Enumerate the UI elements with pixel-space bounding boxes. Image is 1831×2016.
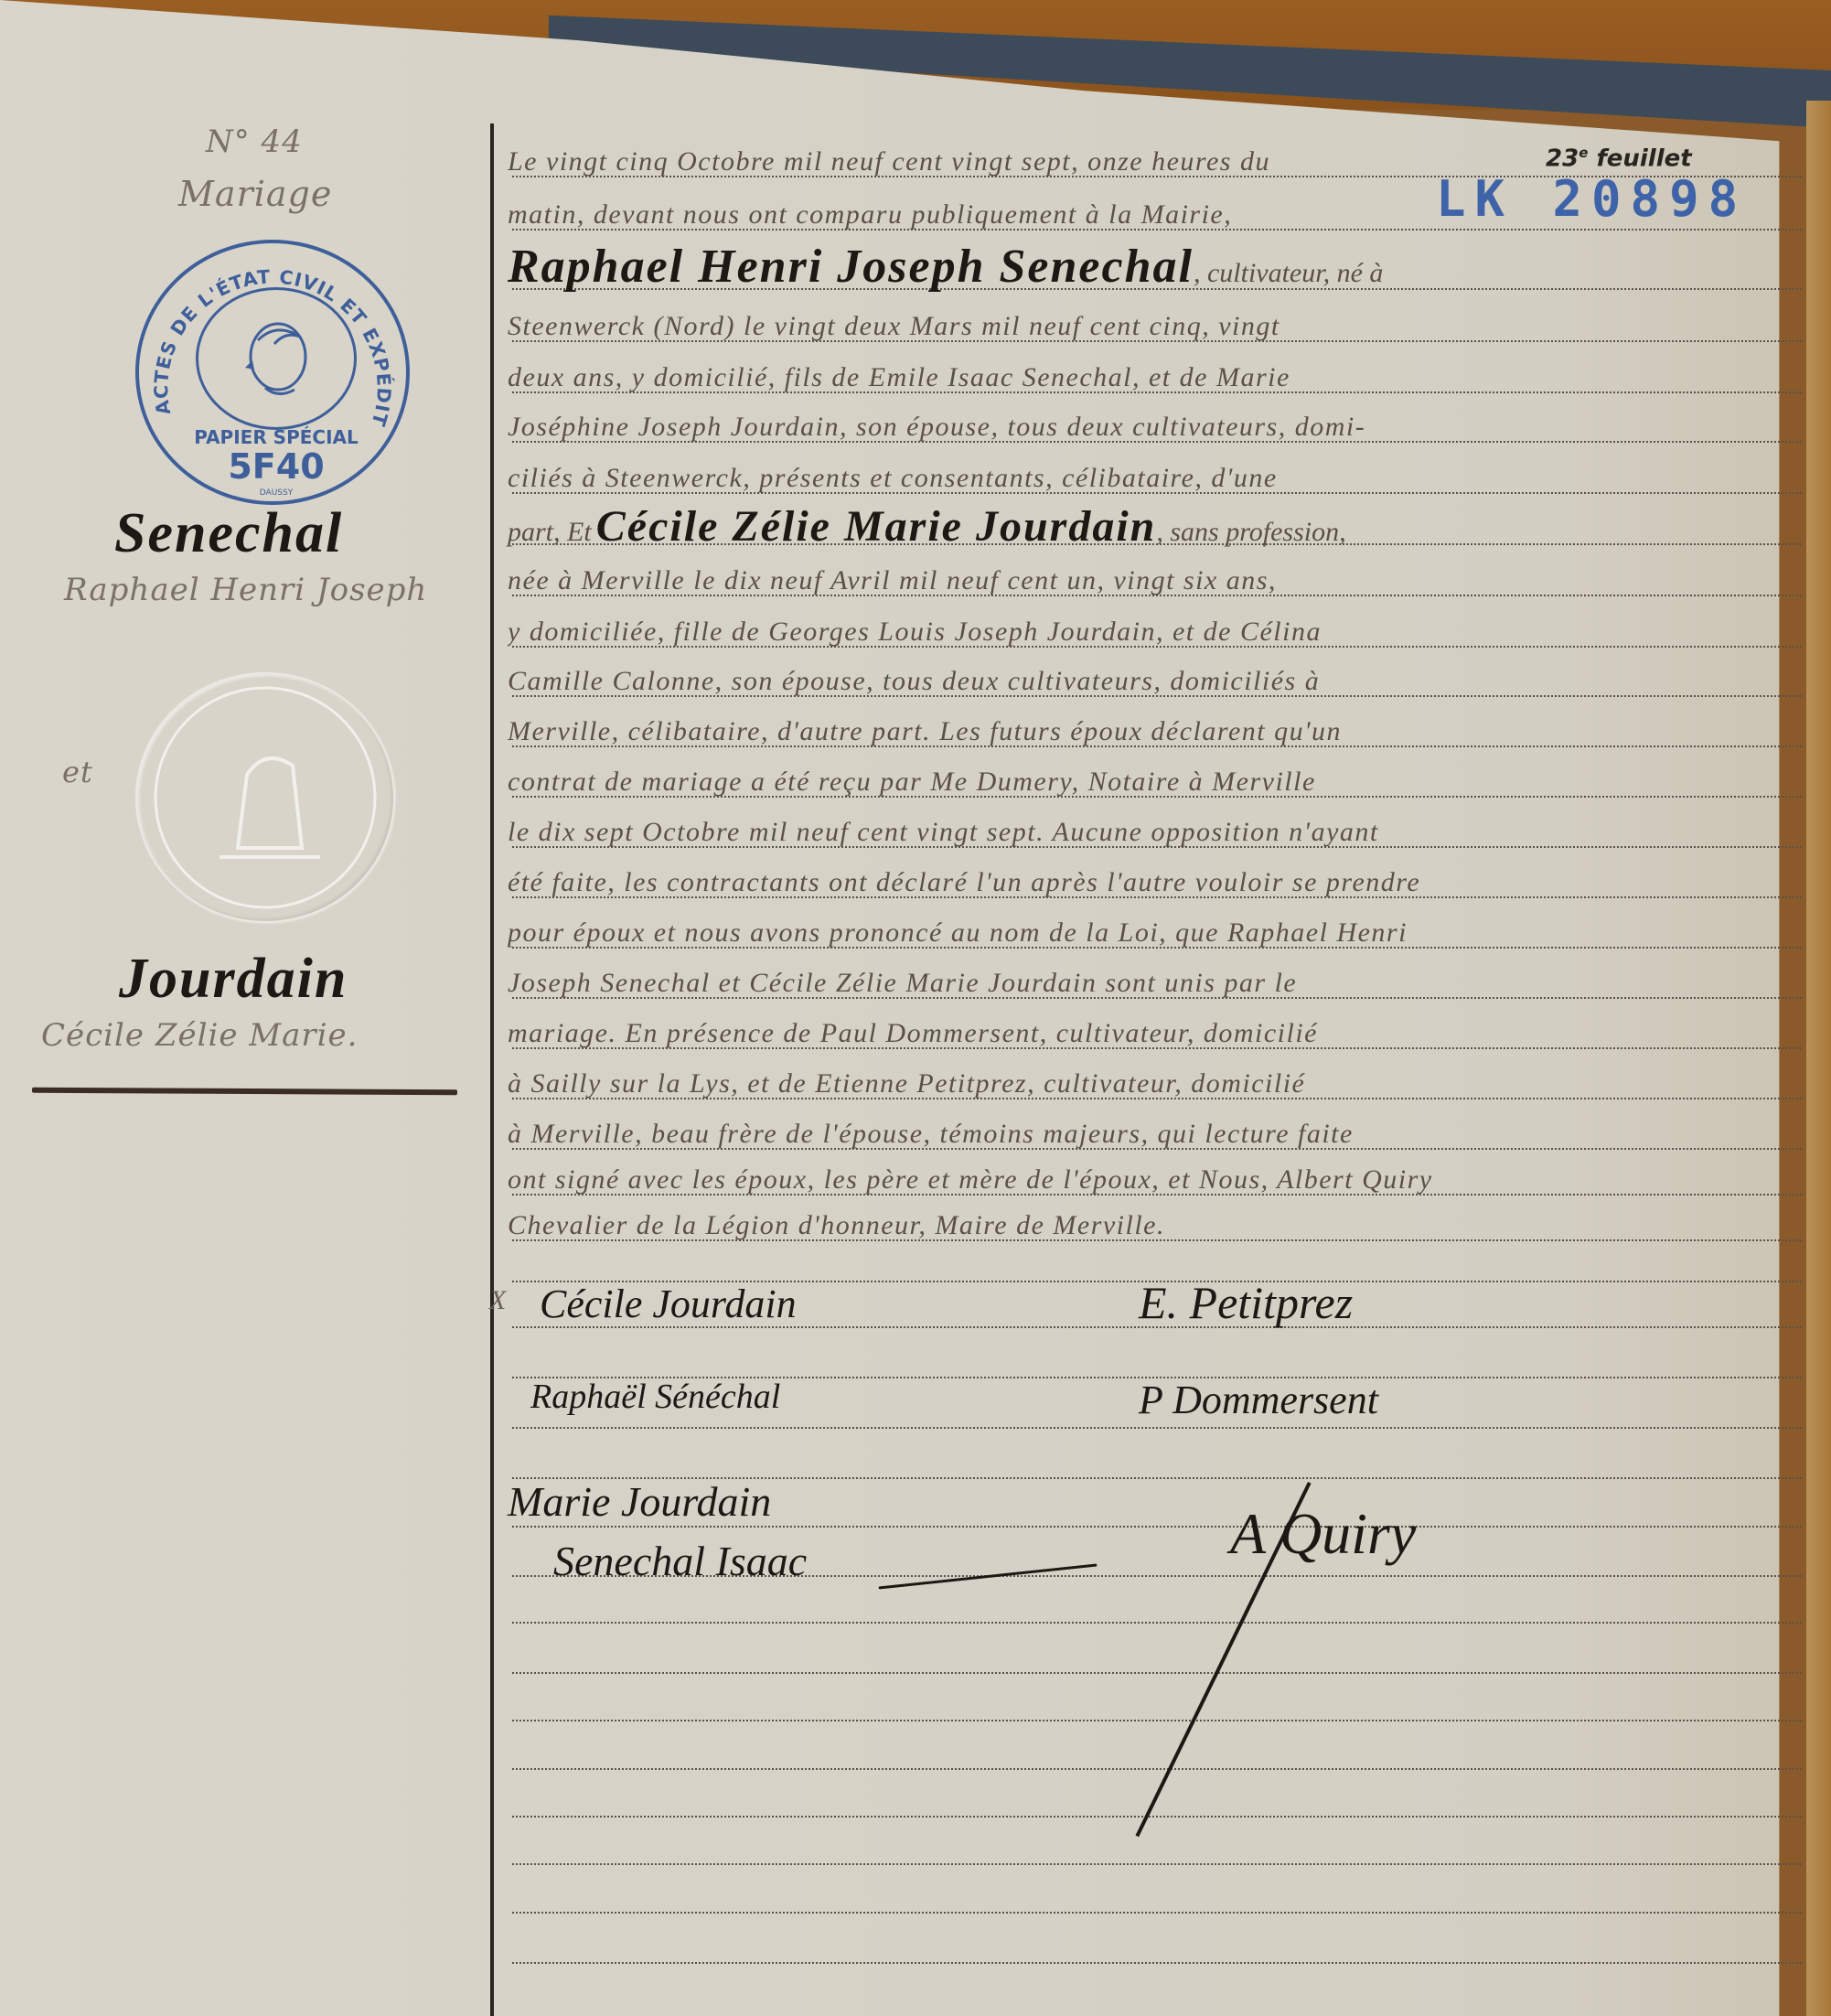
ruled-line <box>512 1427 1802 1429</box>
bride-occupation: , sans profession, <box>1156 517 1345 547</box>
signature-bride: Cécile Jourdain <box>540 1281 797 1327</box>
margin-conjunction: et <box>62 755 93 789</box>
margin-divider-line <box>490 123 494 2016</box>
ruled-line <box>512 1816 1802 1818</box>
page-edge-stack <box>1806 101 1831 2016</box>
stamp-paper-label: PAPIER SPÉCIAL <box>194 426 359 448</box>
signature-groom-mother: Marie Jourdain <box>508 1477 771 1526</box>
act-text-line: Camille Calonne, son épouse, tous deux c… <box>508 666 1806 697</box>
marianne-medallion-icon <box>196 287 357 430</box>
act-text-line: ont signé avec les époux, les père et mè… <box>508 1164 1806 1196</box>
act-text-line: Steenwerck (Nord) le vingt deux Mars mil… <box>508 311 1806 342</box>
margin-groom-surname: Senechal <box>114 501 343 566</box>
signature-groom: Raphaël Sénéchal <box>530 1377 780 1417</box>
margin-groom-given-names: Raphael Henri Joseph <box>64 572 427 608</box>
groom-full-name: Raphael Henri Joseph Senechal <box>508 241 1194 293</box>
stamp-price: 5F40 <box>194 446 359 487</box>
act-text-line: Merville, célibataire, d'autre part. Les… <box>508 716 1806 747</box>
act-text-line: deux ans, y domicilié, fils de Emile Isa… <box>508 362 1806 393</box>
act-text-line: à Sailly sur la Lys, et de Etienne Petit… <box>508 1068 1806 1099</box>
act-text-line: née à Merville le dix neuf Avril mil neu… <box>508 565 1806 596</box>
groom-occupation: , cultivateur, né à <box>1194 258 1383 288</box>
act-text-line: Joséphine Joseph Jourdain, son épouse, t… <box>508 412 1806 443</box>
fiscal-stamp: ACTES DE L'ÉTAT CIVIL ET EXPÉDITIONS PAP… <box>135 240 410 505</box>
margin-bride-surname: Jourdain <box>119 947 348 1012</box>
embossed-seal <box>135 672 395 923</box>
bride-mark: X <box>489 1285 506 1316</box>
ruled-line <box>512 1863 1802 1865</box>
signature-groom-father: Senechal Isaac <box>553 1537 807 1585</box>
act-text-line: mariage. En présence de Paul Dommersent,… <box>508 1018 1806 1049</box>
act-text-line: y domiciliée, fille de Georges Louis Jos… <box>508 617 1806 648</box>
line-prefix: part, Et <box>508 517 592 547</box>
act-number: N° 44 <box>206 123 303 160</box>
act-text-line: été faite, les contractants ont déclaré … <box>508 867 1806 898</box>
act-type: Mariage <box>178 174 332 214</box>
signature-witness-dommersent: P Dommersent <box>1139 1377 1378 1423</box>
ruled-line <box>512 1672 1802 1674</box>
groom-name-line: Raphael Henri Joseph Senechal, cultivate… <box>508 240 1383 294</box>
bride-full-name: Cécile Zélie Marie Jourdain <box>596 502 1157 551</box>
act-text-line: matin, devant nous ont comparu publiquem… <box>508 199 1806 231</box>
ruled-line <box>512 1622 1802 1624</box>
bride-name-line: part, Et Cécile Zélie Marie Jourdain, sa… <box>508 501 1346 552</box>
margin-bride-given-names: Cécile Zélie Marie. <box>41 1017 358 1054</box>
ruled-line <box>512 1962 1802 1964</box>
stamp-maker: DAUSSY <box>194 488 359 498</box>
act-text-line: contrat de mariage a été reçu par Me Dum… <box>508 767 1806 798</box>
ruled-line <box>512 1768 1802 1770</box>
signature-mayor: A Quiry <box>1230 1500 1416 1568</box>
act-text-line: pour époux et nous avons prononcé au nom… <box>508 917 1806 949</box>
act-text-line: Le vingt cinq Octobre mil neuf cent ving… <box>508 146 1806 177</box>
ruled-line <box>512 1912 1802 1914</box>
ruled-line <box>512 1720 1802 1721</box>
signature-witness-petitprez: E. Petitprez <box>1139 1276 1353 1329</box>
act-text-line: ciliés à Steenwerck, présents et consent… <box>508 463 1806 494</box>
act-text-line: le dix sept Octobre mil neuf cent vingt … <box>508 817 1806 848</box>
act-text-line: Joseph Senechal et Cécile Zélie Marie Jo… <box>508 968 1806 999</box>
act-text-line: Chevalier de la Légion d'honneur, Maire … <box>508 1210 1806 1241</box>
ruled-line <box>512 1526 1802 1528</box>
act-text-line: à Merville, beau frère de l'épouse, témo… <box>508 1119 1806 1150</box>
